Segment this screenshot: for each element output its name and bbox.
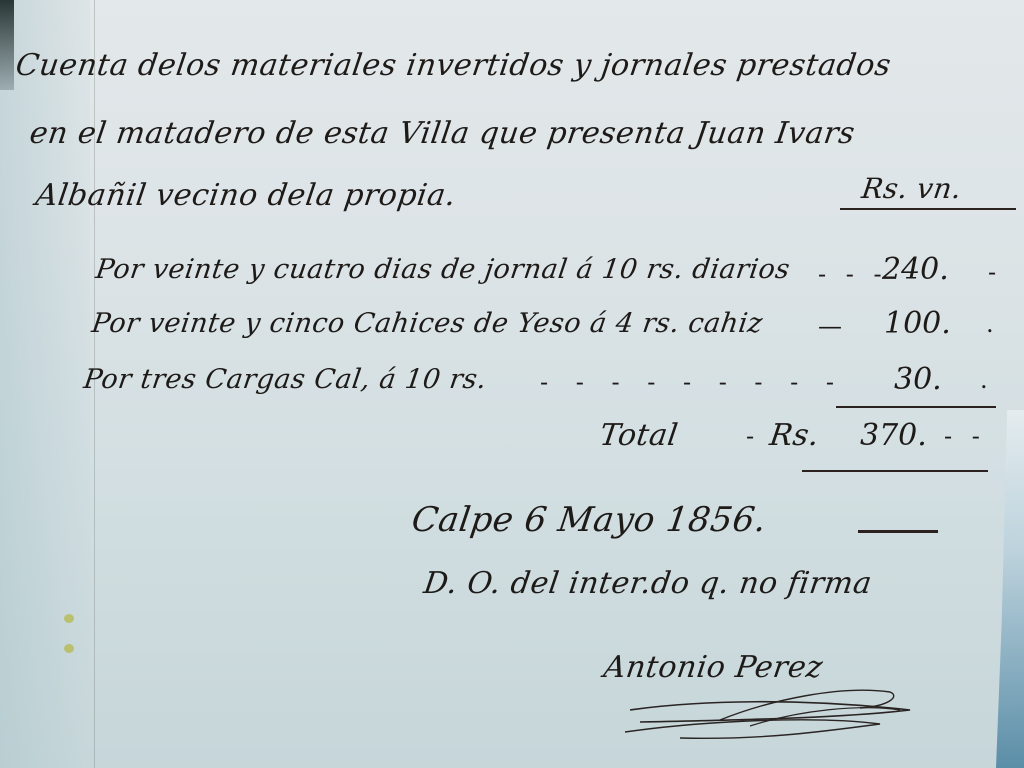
total-trail: - -: [944, 422, 986, 450]
place-date: Calpe 6 Mayo 1856.: [409, 500, 769, 540]
total-amount: 370.: [860, 418, 927, 453]
total-dash: -: [746, 422, 760, 450]
subtotal-rule: [836, 406, 996, 408]
item-leader: - - -: [818, 260, 888, 288]
paper-torn-edge: [996, 410, 1024, 768]
currency-header: Rs. vn.: [860, 172, 964, 205]
paper-stain: [64, 614, 74, 623]
heading-line-3: Albañil vecino dela propia.: [34, 178, 459, 213]
item-amount: 30.: [894, 362, 942, 397]
item-trail: .: [986, 310, 1000, 338]
closing-note: D. O. del inter.do q. no firma: [422, 566, 875, 601]
total-underline: [802, 470, 988, 472]
heading-line-2: en el matadero de esta Villa que present…: [28, 116, 858, 151]
paper-corner-shadow: [0, 0, 14, 90]
heading-line-1: Cuenta delos materiales invertidos y jor…: [14, 48, 894, 83]
item-description: Por veinte y cinco Cahices de Yeso á 4 r…: [90, 308, 765, 339]
total-currency: Rs.: [768, 418, 822, 453]
item-description: Por veinte y cuatro dias de jornal á 10 …: [94, 254, 792, 285]
total-label: Total: [598, 418, 681, 453]
currency-header-underline: [840, 208, 1016, 210]
item-description: Por tres Cargas Cal, á 10 rs.: [82, 364, 489, 395]
item-leader: - - - - - - - - -: [540, 368, 844, 396]
item-trail: -: [988, 258, 1002, 286]
paper-stain: [64, 644, 74, 653]
item-amount: 240.: [882, 252, 949, 287]
item-amount: 100.: [884, 306, 951, 341]
item-trail: .: [980, 366, 994, 394]
date-dash: [858, 530, 938, 533]
item-leader: —: [818, 312, 848, 340]
signature-flourish-icon: [620, 680, 920, 750]
